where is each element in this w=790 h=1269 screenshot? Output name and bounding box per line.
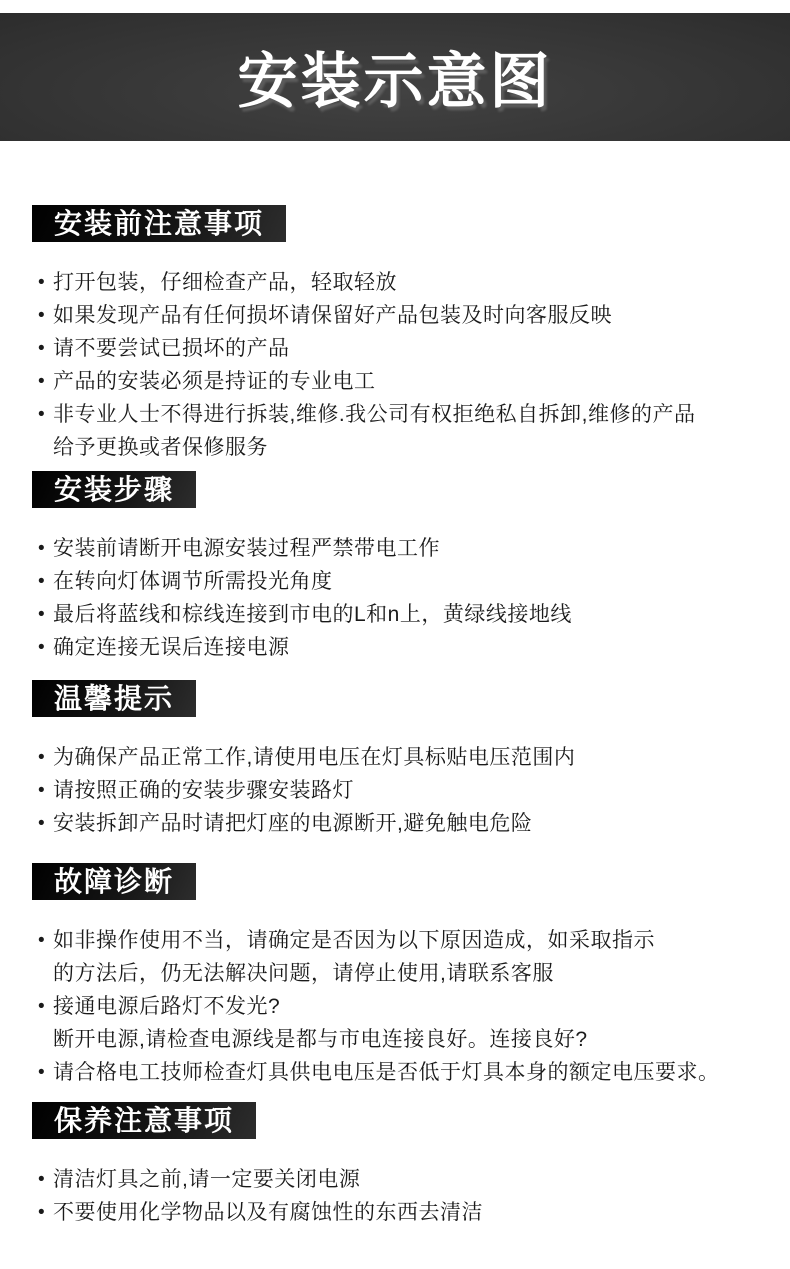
bullet-icon: • — [38, 631, 53, 664]
list-item: • 如果发现产品有任何损坏请保留好产品包装及时向客服反映 — [38, 299, 754, 332]
list-item: • 在转向灯体调节所需投光角度 — [38, 565, 754, 598]
list-item: • 安装拆卸产品时请把灯座的电源断开,避免触电危险 — [38, 807, 754, 840]
bullet-list: • 为确保产品正常工作,请使用电压在灯具标贴电压范围内 • 请按照正确的安装步骤… — [32, 741, 754, 840]
list-item: • 非专业人士不得进行拆装,维修.我公司有权拒绝私自拆卸,维修的产品 — [38, 398, 754, 431]
item-text: 如果发现产品有任何损坏请保留好产品包装及时向客服反映 — [53, 299, 612, 332]
item-text: 清洁灯具之前,请一定要关闭电源 — [53, 1163, 360, 1196]
bullet-icon: • — [38, 1056, 53, 1089]
bullet-icon: • — [38, 1163, 53, 1196]
bullet-icon: • — [38, 598, 53, 631]
bullet-icon: • — [38, 741, 53, 774]
list-item: • 确定连接无误后连接电源 — [38, 631, 754, 664]
section-heading: 故障诊断 — [32, 863, 196, 900]
bullet-icon: • — [38, 398, 53, 431]
list-item: • 安装前请断开电源安装过程严禁带电工作 — [38, 532, 754, 565]
section: 安装前注意事项 • 打开包装，仔细检查产品，轻取轻放 • 如果发现产品有任何损坏… — [32, 205, 754, 464]
list-item: • 如非操作使用不当，请确定是否因为以下原因造成，如采取指示 — [38, 924, 754, 957]
bullet-icon: • — [38, 924, 53, 957]
bullet-list: • 清洁灯具之前,请一定要关闭电源 • 不要使用化学物品以及有腐蚀性的东西去清洁 — [32, 1163, 754, 1229]
item-text: 请不要尝试已损坏的产品 — [53, 332, 290, 365]
list-item: • 请合格电工技师检查灯具供电电压是否低于灯具本身的额定电压要求。 — [38, 1056, 754, 1089]
item-text: 断开电源,请检查电源线是都与市电连接良好。连接良好? — [53, 1023, 588, 1056]
bullet-icon: • — [38, 365, 53, 398]
item-text: 请按照正确的安装步骤安装路灯 — [53, 774, 354, 807]
list-item: • 接通电源后路灯不发光? — [38, 990, 754, 1023]
bullet-icon: • — [38, 990, 53, 1023]
bullet-list: • 打开包装，仔细检查产品，轻取轻放 • 如果发现产品有任何损坏请保留好产品包装… — [32, 266, 754, 464]
bullet-icon: • — [38, 807, 53, 840]
item-text: 在转向灯体调节所需投光角度 — [53, 565, 333, 598]
bullet-icon: • — [38, 1196, 53, 1229]
bullet-icon: • — [38, 532, 53, 565]
bullet-icon: • — [38, 332, 53, 365]
item-text: 安装拆卸产品时请把灯座的电源断开,避免触电危险 — [53, 807, 532, 840]
section: 安装步骤 • 安装前请断开电源安装过程严禁带电工作 • 在转向灯体调节所需投光角… — [32, 471, 754, 664]
item-text: 确定连接无误后连接电源 — [53, 631, 290, 664]
list-item: • 不要使用化学物品以及有腐蚀性的东西去清洁 — [38, 1196, 754, 1229]
list-item: • 为确保产品正常工作,请使用电压在灯具标贴电压范围内 — [38, 741, 754, 774]
item-text: 请合格电工技师检查灯具供电电压是否低于灯具本身的额定电压要求。 — [53, 1056, 720, 1089]
bullet-icon: • — [38, 774, 53, 807]
content: 安装前注意事项 • 打开包装，仔细检查产品，轻取轻放 • 如果发现产品有任何损坏… — [0, 205, 790, 1229]
bullet-icon: • — [38, 266, 53, 299]
item-text: 为确保产品正常工作,请使用电压在灯具标贴电压范围内 — [53, 741, 575, 774]
page-title: 安装示意图 — [238, 34, 553, 120]
list-item: • 最后将蓝线和棕线连接到市电的L和n上，黄绿线接地线 — [38, 598, 754, 631]
item-text: 的方法后，仍无法解决问题，请停止使用,请联系客服 — [53, 957, 554, 990]
item-text: 产品的安装必须是持证的专业电工 — [53, 365, 376, 398]
item-text: 打开包装，仔细检查产品，轻取轻放 — [53, 266, 397, 299]
section: 故障诊断 • 如非操作使用不当，请确定是否因为以下原因造成，如采取指示 • 的方… — [32, 863, 754, 1089]
list-item: • 请不要尝试已损坏的产品 — [38, 332, 754, 365]
item-text: 如非操作使用不当，请确定是否因为以下原因造成，如采取指示 — [53, 924, 655, 957]
item-text: 最后将蓝线和棕线连接到市电的L和n上，黄绿线接地线 — [53, 598, 572, 631]
bullet-list: • 如非操作使用不当，请确定是否因为以下原因造成，如采取指示 • 的方法后，仍无… — [32, 924, 754, 1089]
title-banner: 安装示意图 — [0, 13, 790, 141]
list-item: • 请按照正确的安装步骤安装路灯 — [38, 774, 754, 807]
section-heading: 安装前注意事项 — [32, 205, 286, 242]
list-item: • 打开包装，仔细检查产品，轻取轻放 — [38, 266, 754, 299]
section: 保养注意事项 • 清洁灯具之前,请一定要关闭电源 • 不要使用化学物品以及有腐蚀… — [32, 1102, 754, 1229]
item-text: 安装前请断开电源安装过程严禁带电工作 — [53, 532, 440, 565]
bullet-list: • 安装前请断开电源安装过程严禁带电工作 • 在转向灯体调节所需投光角度 • 最… — [32, 532, 754, 664]
list-item: • 产品的安装必须是持证的专业电工 — [38, 365, 754, 398]
item-text: 不要使用化学物品以及有腐蚀性的东西去清洁 — [53, 1196, 483, 1229]
section-heading: 保养注意事项 — [32, 1102, 256, 1139]
section-heading: 安装步骤 — [32, 471, 196, 508]
bullet-icon: • — [38, 565, 53, 598]
list-item: • 清洁灯具之前,请一定要关闭电源 — [38, 1163, 754, 1196]
list-item: • 断开电源,请检查电源线是都与市电连接良好。连接良好? — [38, 1023, 754, 1056]
item-text: 非专业人士不得进行拆装,维修.我公司有权拒绝私自拆卸,维修的产品 — [53, 398, 696, 431]
item-text: 接通电源后路灯不发光? — [53, 990, 280, 1023]
list-item: • 的方法后，仍无法解决问题，请停止使用,请联系客服 — [38, 957, 754, 990]
list-item: • 给予更换或者保修服务 — [38, 431, 754, 464]
item-text: 给予更换或者保修服务 — [53, 431, 268, 464]
section: 温馨提示 • 为确保产品正常工作,请使用电压在灯具标贴电压范围内 • 请按照正确… — [32, 680, 754, 840]
section-heading: 温馨提示 — [32, 680, 196, 717]
bullet-icon: • — [38, 299, 53, 332]
